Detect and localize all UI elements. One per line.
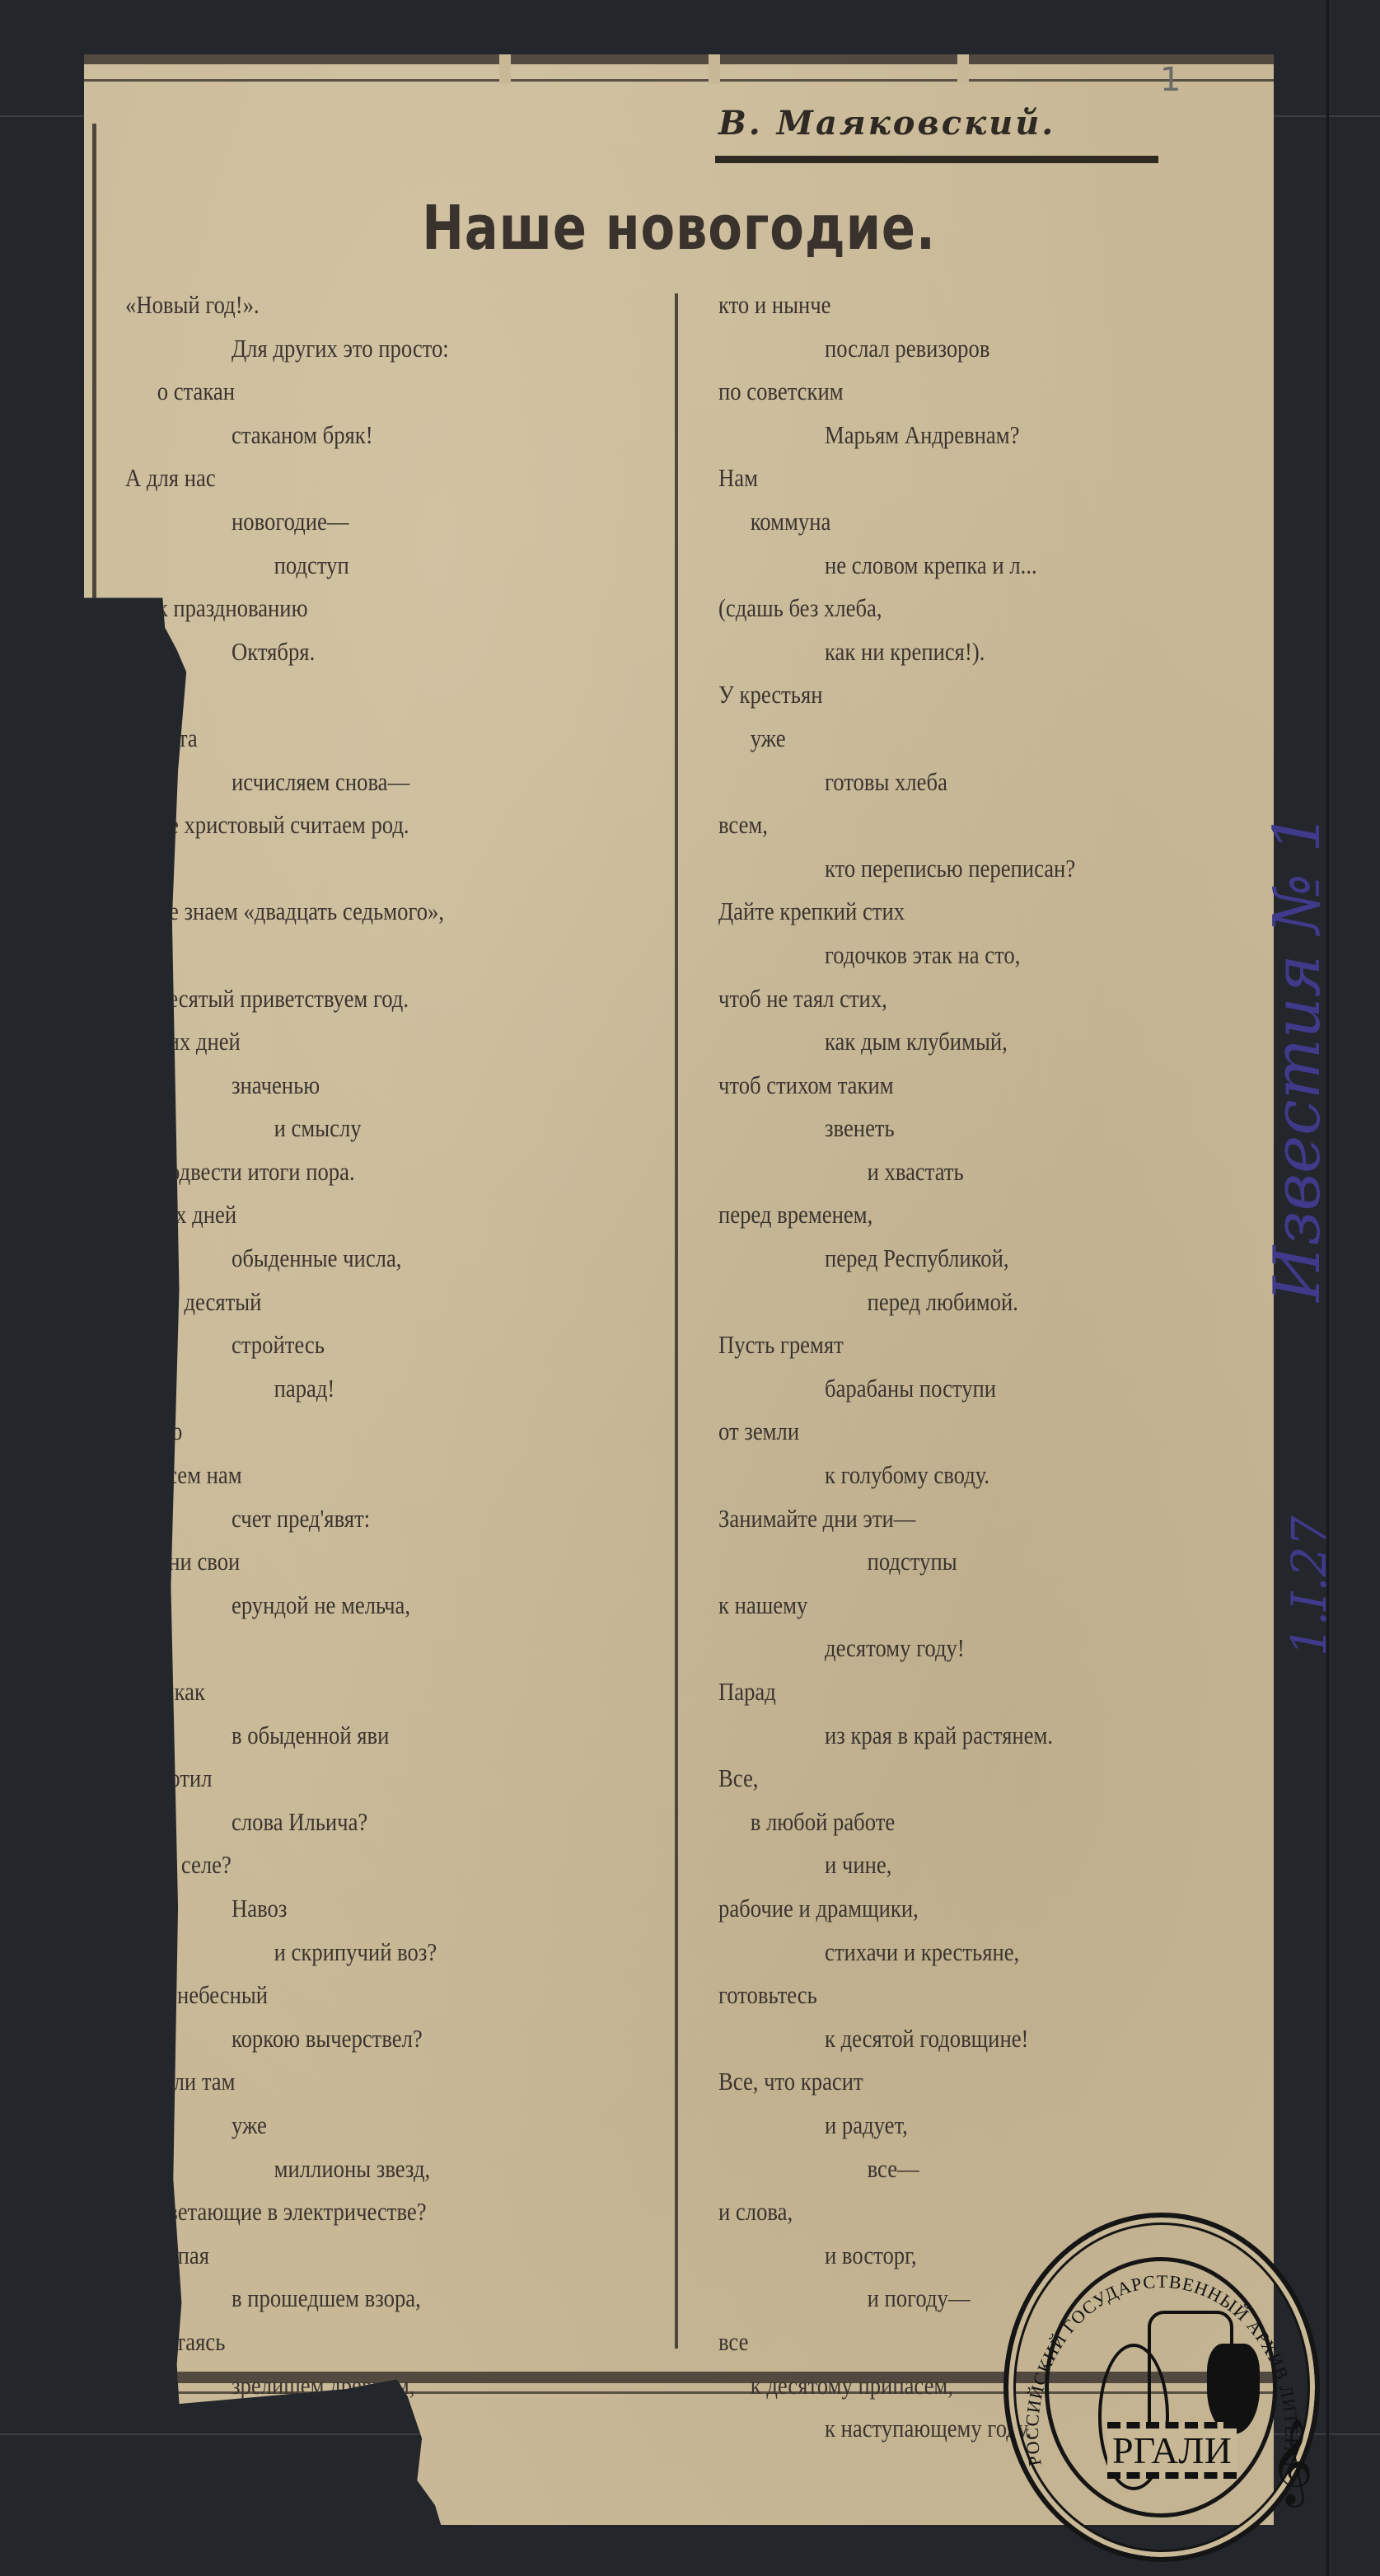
poem-line: уже xyxy=(125,2104,586,2147)
poem-line: подвести итоги пора. xyxy=(125,1150,586,1194)
poem-line: Мы xyxy=(125,673,586,717)
poem-line: по советским xyxy=(718,370,1193,414)
poem-line: перед Республикой, xyxy=(718,1237,1193,1281)
poem-line: звенеть xyxy=(718,1107,1193,1150)
poem-line: не словом крепка и л... xyxy=(718,544,1193,588)
top-rule-thin xyxy=(84,79,1274,82)
poem-line: в любой работе xyxy=(718,1801,1193,1844)
poem-line: Не купая xyxy=(125,2234,586,2278)
poem-line: Навоз xyxy=(125,1887,586,1931)
poem-line: обыденные числа, xyxy=(125,1237,586,1281)
poem-line: коркою вычерствел? xyxy=(125,2017,586,2061)
poem-line: стаканом бряк! xyxy=(125,414,586,457)
poem-line: кто xyxy=(125,1627,586,1670)
treble-clef-icon: 𝄞 xyxy=(1270,2418,1313,2505)
pencil-page-number: 1 xyxy=(1160,61,1181,99)
author-underline xyxy=(715,156,1158,163)
poem-line: Что в селе? xyxy=(125,1843,586,1887)
poem-line: десятому году! xyxy=(718,1627,1193,1670)
poem-line: зрелищем древним, xyxy=(125,2364,586,2408)
poem-line: к голубому своду. xyxy=(718,1454,1193,1497)
poem-line: всем, xyxy=(718,803,1193,847)
poem-line: лета xyxy=(125,717,586,761)
poem-line: мы xyxy=(125,934,586,977)
poem-line: не питаясь xyxy=(125,2321,586,2364)
poem-line: послал ревизоров xyxy=(718,327,1193,371)
poem-left-column: «Новый год!».Для других это просто:о ста… xyxy=(125,283,661,2407)
poem-line: к десятой годовщине! xyxy=(718,2017,1193,2061)
poem-line: готовьтесь xyxy=(718,1974,1193,2017)
rule-fold xyxy=(709,54,720,84)
poem-line: в обыденной яви xyxy=(125,1714,586,1758)
poem-line: десятый приветствуем год. xyxy=(125,977,586,1021)
column-divider xyxy=(675,293,678,2349)
poem-line: всем нам xyxy=(125,1454,586,1497)
left-border-rule xyxy=(92,124,96,2299)
poem-line: уже xyxy=(718,717,1193,761)
torn-edge-fragment: м xyxy=(91,697,105,724)
poem-line: слова Ильича? xyxy=(125,1801,586,1844)
poem-line: и смыслу xyxy=(125,1107,586,1150)
poem-line: Наших дней xyxy=(125,1020,586,1064)
poem-line: от земли xyxy=(718,1410,1193,1454)
poem-line: Пусть гремят xyxy=(718,1323,1193,1367)
poem-line: и скрипучий воз? xyxy=(125,1931,586,1974)
poem-line: Серых дней xyxy=(125,1193,586,1237)
poem-line: Для других это просто: xyxy=(125,327,586,371)
handwritten-source-note: Известия № 1 xyxy=(1261,812,1335,1302)
stamp-label: РГАЛИ xyxy=(1107,2422,1237,2479)
poem-line: миллионы звезд, xyxy=(125,2147,586,2191)
poem-line: в прошедшем взора, xyxy=(125,2277,586,2321)
poem-line: Свод небесный xyxy=(125,1974,586,2017)
poem-line: исчисляем снова— xyxy=(125,761,586,804)
poem-line: Занимайте дни эти— xyxy=(718,1497,1193,1541)
poem-line: счет пред'явят: xyxy=(125,1497,586,1541)
poem-line: к празднованию xyxy=(125,587,586,630)
theatre-mask-icon xyxy=(1207,2344,1260,2434)
poem-line: годочков этак на сто, xyxy=(718,934,1193,977)
poem-line: как ни крепися!). xyxy=(718,630,1193,674)
poem-line: все— xyxy=(718,2147,1193,2191)
poem-line: Парад xyxy=(718,1670,1193,1714)
poem-line: барабаны поступи xyxy=(718,1367,1193,1411)
poem-line: новогодие— xyxy=(125,500,586,544)
poem-line: кто переписью переписан? xyxy=(718,847,1193,891)
poem-line: значенью xyxy=(125,1064,586,1108)
poem-right-column: кто и нынчепослал ревизоровпо советскимМ… xyxy=(718,283,1270,2451)
rgali-archive-stamp: РОССИЙСКИЙ ГОСУДАРСТВЕННЫЙ АРХИВ ЛИТЕРАТ… xyxy=(1003,2213,1320,2562)
poem-line: У крестьян xyxy=(718,673,1193,717)
poem-line: «Новый год!». xyxy=(125,283,586,327)
rule-fold xyxy=(957,54,969,84)
poem-line: на десятый xyxy=(125,1281,586,1324)
poem-line: Скоро xyxy=(125,1410,586,1454)
poem-line: Мы xyxy=(125,847,586,891)
poem-line: Все, что красит xyxy=(718,2060,1193,2104)
poem-line: из края в край растянем. xyxy=(718,1714,1193,1758)
poem-line: Нам xyxy=(718,457,1193,500)
top-rule xyxy=(84,54,1274,64)
poem-line: стихачи и крестьяне, xyxy=(718,1931,1193,1974)
poem-line: Есть ли там xyxy=(125,2060,586,2104)
newspaper-clipping: В. Маяковский. Наше новогодие. «Новый го… xyxy=(84,54,1274,2525)
poem-line: кто и нынче xyxy=(718,283,1193,327)
handwritten-date-note: 1.I.27 xyxy=(1281,1516,1337,1657)
poem-line: и хвастать xyxy=(718,1150,1193,1194)
poem-line: перед любимой. xyxy=(718,1281,1193,1324)
poem-line: о стакан xyxy=(125,370,586,414)
author-byline: В. Маяковский. xyxy=(718,104,1055,143)
poem-line: рабочие и драмщики, xyxy=(718,1887,1193,1931)
poem-line: чтоб не таял стих, xyxy=(718,977,1193,1021)
poem-line: к нашему xyxy=(718,1584,1193,1628)
poem-line: Октября. xyxy=(125,630,586,674)
poem-line: подступ xyxy=(125,544,586,588)
poem-line: стройтесь xyxy=(125,1323,586,1367)
poem-line: дни свои xyxy=(125,1540,586,1584)
poem-line: чтоб стихом таким xyxy=(718,1064,1193,1108)
poem-line: Все, xyxy=(718,1757,1193,1801)
poem-line: коммуна xyxy=(718,500,1193,544)
poem-title: Наше новогодие. xyxy=(191,193,1167,264)
poem-line: воплотил xyxy=(125,1757,586,1801)
poem-line: (сдашь без хлеба, xyxy=(718,587,1193,630)
poem-line: расцветающие в электричестве? xyxy=(125,2190,586,2234)
poem-line: подступы xyxy=(718,1540,1193,1584)
poem-line: перед временем, xyxy=(718,1193,1193,1237)
poem-line: и чине, xyxy=(718,1843,1193,1887)
poem-line: ерундой не мельча, xyxy=(125,1584,586,1628)
poem-line: не христовый считаем род. xyxy=(125,803,586,847)
poem-line: А для нас xyxy=(125,457,586,500)
poem-line: Дайте крепкий стих xyxy=(718,890,1193,934)
poem-line: и как xyxy=(125,1670,586,1714)
poem-line: Марьям Андревнам? xyxy=(718,414,1193,457)
torn-edge-fragment: В. xyxy=(101,623,120,649)
poem-line: готовы хлеба xyxy=(718,761,1193,804)
poem-line: не знаем «двадцать седьмого», xyxy=(125,890,586,934)
poem-line: и радует, xyxy=(718,2104,1193,2147)
rule-fold xyxy=(499,54,511,84)
poem-line: парад! xyxy=(125,1367,586,1411)
poem-line: как дым клубимый, xyxy=(718,1020,1193,1064)
